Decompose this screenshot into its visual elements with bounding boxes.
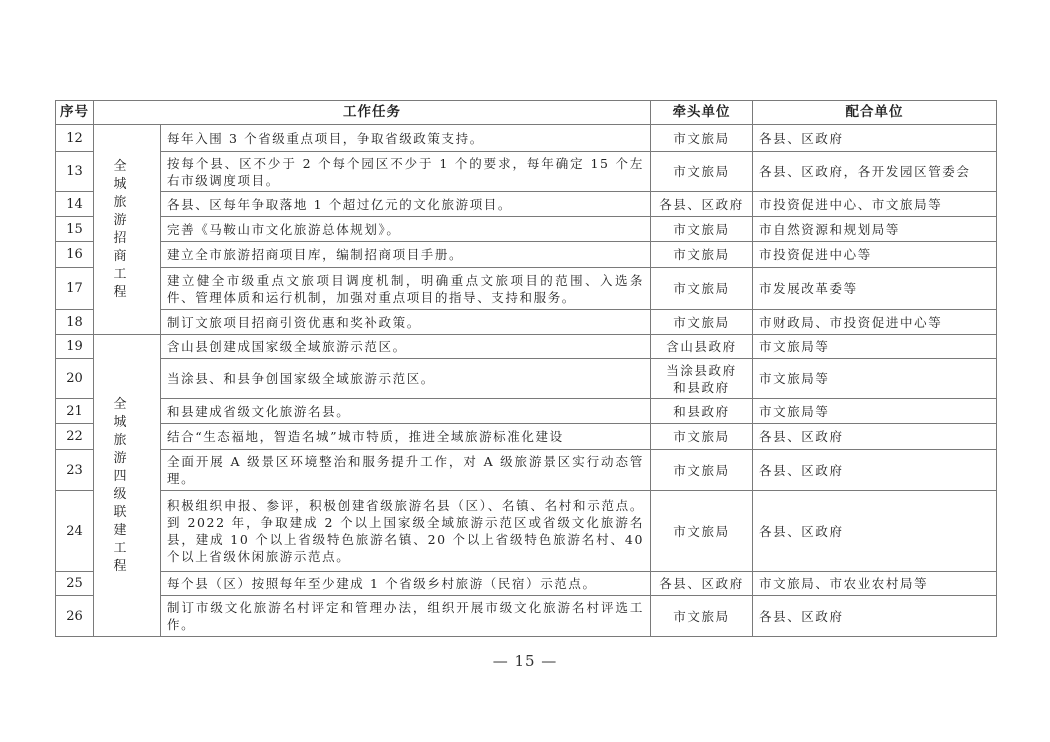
row-lead-unit: 市文旅局 xyxy=(651,242,753,268)
table-row: 13按每个县、区不少于 2 个每个园区不少于 1 个的要求，每年确定 15 个左… xyxy=(56,152,997,192)
row-coop-unit: 市自然资源和规划局等 xyxy=(753,217,997,242)
row-task: 当涂县、和县争创国家级全域旅游示范区。 xyxy=(161,359,651,399)
work-task-table: 序号 工作任务 牵头单位 配合单位 12全城旅游招商工程每年入围 3 个省级重点… xyxy=(55,100,997,637)
row-seq: 21 xyxy=(56,399,94,424)
table-row: 24积极组织申报、参评，积极创建省级旅游名县（区）、名镇、名村和示范点。到 20… xyxy=(56,491,997,572)
row-coop-unit: 市投资促进中心等 xyxy=(753,242,997,268)
task-category-label: 全城旅游招商工程 xyxy=(111,158,144,302)
task-category-label: 全城旅游四级联建工程 xyxy=(111,396,144,576)
lead-unit-name: 含山县政府 xyxy=(651,338,752,355)
table-row: 14各县、区每年争取落地 1 个超过亿元的文化旅游项目。各县、区政府市投资促进中… xyxy=(56,192,997,217)
row-coop-unit: 各县、区政府，各开发园区管委会 xyxy=(753,152,997,192)
task-category: 全城旅游四级联建工程 xyxy=(94,335,161,637)
lead-unit-name: 和县政府 xyxy=(651,403,752,420)
row-lead-unit: 含山县政府 xyxy=(651,335,753,359)
row-coop-unit: 市文旅局等 xyxy=(753,359,997,399)
header-seq: 序号 xyxy=(56,101,94,125)
row-coop-unit: 市投资促进中心、市文旅局等 xyxy=(753,192,997,217)
row-task: 全面开展 A 级景区环境整治和服务提升工作，对 A 级旅游景区实行动态管理。 xyxy=(161,450,651,491)
header-coop-unit: 配合单位 xyxy=(753,101,997,125)
row-task: 建立健全市级重点文旅项目调度机制，明确重点文旅项目的范围、入选条件、管理体质和运… xyxy=(161,268,651,310)
row-lead-unit: 各县、区政府 xyxy=(651,572,753,596)
row-lead-unit: 各县、区政府 xyxy=(651,192,753,217)
row-seq: 15 xyxy=(56,217,94,242)
row-task: 完善《马鞍山市文化旅游总体规划》。 xyxy=(161,217,651,242)
lead-unit-name: 市文旅局 xyxy=(651,428,752,445)
row-lead-unit: 当涂县政府和县政府 xyxy=(651,359,753,399)
lead-unit-name: 市文旅局 xyxy=(651,462,752,479)
row-coop-unit: 各县、区政府 xyxy=(753,491,997,572)
row-lead-unit: 市文旅局 xyxy=(651,152,753,192)
row-task: 每个县（区）按照每年至少建成 1 个省级乡村旅游（民宿）示范点。 xyxy=(161,572,651,596)
document-page: 序号 工作任务 牵头单位 配合单位 12全城旅游招商工程每年入围 3 个省级重点… xyxy=(0,0,1050,742)
row-task: 按每个县、区不少于 2 个每个园区不少于 1 个的要求，每年确定 15 个左右市… xyxy=(161,152,651,192)
row-coop-unit: 各县、区政府 xyxy=(753,450,997,491)
table-header-row: 序号 工作任务 牵头单位 配合单位 xyxy=(56,101,997,125)
row-coop-unit: 市文旅局、市农业农村局等 xyxy=(753,572,997,596)
row-seq: 22 xyxy=(56,424,94,450)
lead-unit-name: 市文旅局 xyxy=(651,608,752,625)
row-seq: 17 xyxy=(56,268,94,310)
row-seq: 12 xyxy=(56,125,94,152)
row-seq: 19 xyxy=(56,335,94,359)
task-category: 全城旅游招商工程 xyxy=(94,125,161,335)
lead-unit-name: 市文旅局 xyxy=(651,246,752,263)
row-coop-unit: 各县、区政府 xyxy=(753,424,997,450)
row-seq: 24 xyxy=(56,491,94,572)
lead-unit-name: 和县政府 xyxy=(651,379,752,396)
lead-unit-name: 市文旅局 xyxy=(651,163,752,180)
table-row: 19全城旅游四级联建工程含山县创建成国家级全域旅游示范区。含山县政府市文旅局等 xyxy=(56,335,997,359)
row-task: 制订市级文化旅游名村评定和管理办法，组织开展市级文化旅游名村评选工作。 xyxy=(161,596,651,637)
row-seq: 26 xyxy=(56,596,94,637)
table-row: 17建立健全市级重点文旅项目调度机制，明确重点文旅项目的范围、入选条件、管理体质… xyxy=(56,268,997,310)
row-lead-unit: 市文旅局 xyxy=(651,491,753,572)
table-row: 23全面开展 A 级景区环境整治和服务提升工作，对 A 级旅游景区实行动态管理。… xyxy=(56,450,997,491)
row-coop-unit: 各县、区政府 xyxy=(753,125,997,152)
header-lead-unit: 牵头单位 xyxy=(651,101,753,125)
row-lead-unit: 市文旅局 xyxy=(651,268,753,310)
row-coop-unit: 市财政局、市投资促进中心等 xyxy=(753,310,997,335)
table-row: 26制订市级文化旅游名村评定和管理办法，组织开展市级文化旅游名村评选工作。市文旅… xyxy=(56,596,997,637)
row-seq: 13 xyxy=(56,152,94,192)
lead-unit-name: 各县、区政府 xyxy=(651,196,752,213)
header-task: 工作任务 xyxy=(94,101,651,125)
lead-unit-name: 市文旅局 xyxy=(651,130,752,147)
row-task: 含山县创建成国家级全域旅游示范区。 xyxy=(161,335,651,359)
lead-unit-name: 市文旅局 xyxy=(651,523,752,540)
row-task: 每年入围 3 个省级重点项目，争取省级政策支持。 xyxy=(161,125,651,152)
row-task: 各县、区每年争取落地 1 个超过亿元的文化旅游项目。 xyxy=(161,192,651,217)
row-lead-unit: 市文旅局 xyxy=(651,217,753,242)
row-lead-unit: 市文旅局 xyxy=(651,596,753,637)
row-task: 建立全市旅游招商项目库，编制招商项目手册。 xyxy=(161,242,651,268)
row-seq: 20 xyxy=(56,359,94,399)
row-lead-unit: 和县政府 xyxy=(651,399,753,424)
row-lead-unit: 市文旅局 xyxy=(651,310,753,335)
table-row: 25每个县（区）按照每年至少建成 1 个省级乡村旅游（民宿）示范点。各县、区政府… xyxy=(56,572,997,596)
row-task: 结合“生态福地，智造名城”城市特质，推进全域旅游标准化建设 xyxy=(161,424,651,450)
table-row: 16建立全市旅游招商项目库，编制招商项目手册。市文旅局市投资促进中心等 xyxy=(56,242,997,268)
row-task: 积极组织申报、参评，积极创建省级旅游名县（区）、名镇、名村和示范点。到 2022… xyxy=(161,491,651,572)
row-lead-unit: 市文旅局 xyxy=(651,125,753,152)
row-lead-unit: 市文旅局 xyxy=(651,424,753,450)
row-task: 和县建成省级文化旅游名县。 xyxy=(161,399,651,424)
row-lead-unit: 市文旅局 xyxy=(651,450,753,491)
row-coop-unit: 市文旅局等 xyxy=(753,399,997,424)
page-number: — 15 — xyxy=(0,652,1050,670)
lead-unit-name: 市文旅局 xyxy=(651,280,752,297)
lead-unit-name: 市文旅局 xyxy=(651,221,752,238)
row-seq: 16 xyxy=(56,242,94,268)
row-seq: 23 xyxy=(56,450,94,491)
table-row: 21和县建成省级文化旅游名县。和县政府市文旅局等 xyxy=(56,399,997,424)
row-coop-unit: 市发展改革委等 xyxy=(753,268,997,310)
table-row: 22结合“生态福地，智造名城”城市特质，推进全域旅游标准化建设市文旅局各县、区政… xyxy=(56,424,997,450)
row-seq: 18 xyxy=(56,310,94,335)
lead-unit-name: 当涂县政府 xyxy=(651,362,752,379)
row-seq: 14 xyxy=(56,192,94,217)
table-row: 18制订文旅项目招商引资优惠和奖补政策。市文旅局市财政局、市投资促进中心等 xyxy=(56,310,997,335)
lead-unit-name: 各县、区政府 xyxy=(651,575,752,592)
row-coop-unit: 各县、区政府 xyxy=(753,596,997,637)
row-task: 制订文旅项目招商引资优惠和奖补政策。 xyxy=(161,310,651,335)
table-row: 12全城旅游招商工程每年入围 3 个省级重点项目，争取省级政策支持。市文旅局各县… xyxy=(56,125,997,152)
lead-unit-name: 市文旅局 xyxy=(651,314,752,331)
table-row: 20当涂县、和县争创国家级全域旅游示范区。当涂县政府和县政府市文旅局等 xyxy=(56,359,997,399)
table-row: 15完善《马鞍山市文化旅游总体规划》。市文旅局市自然资源和规划局等 xyxy=(56,217,997,242)
row-coop-unit: 市文旅局等 xyxy=(753,335,997,359)
table-body: 12全城旅游招商工程每年入围 3 个省级重点项目，争取省级政策支持。市文旅局各县… xyxy=(56,125,997,637)
row-seq: 25 xyxy=(56,572,94,596)
